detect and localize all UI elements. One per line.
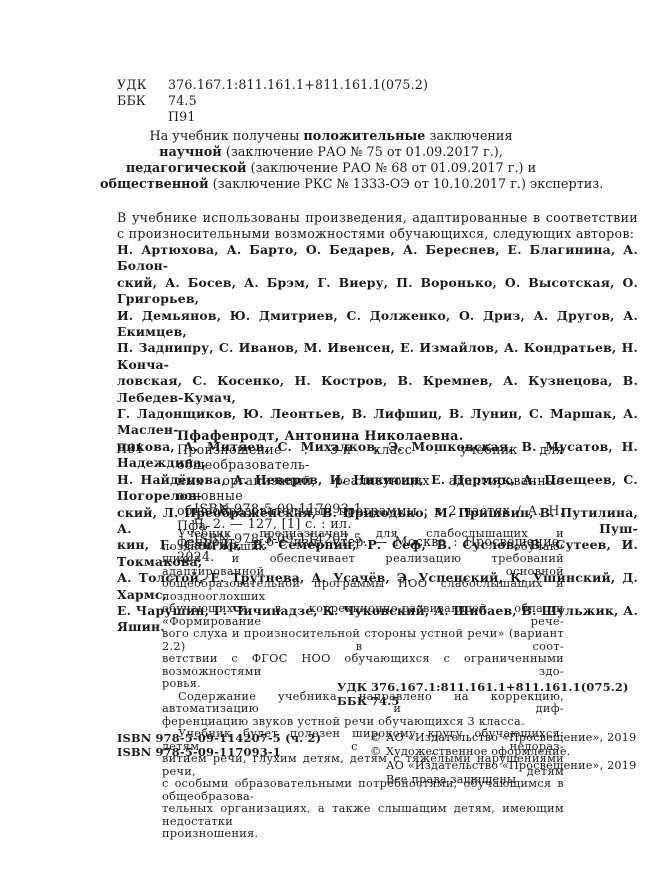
udk-value: 376.167.1:811.161.1+811.161.1(075.2): [371, 681, 629, 695]
annotation-line: произношения.: [162, 828, 564, 841]
isbn-set: ISBN 978-5-09-117093-1: [117, 745, 321, 759]
bbk-value: 74.5: [168, 93, 197, 109]
author-line: П. Заднипру, С. Иванов, М. Ивенсен, Е. И…: [117, 340, 638, 373]
author-line: ский, А. Босев, А. Брэм, Г. Виеру, П. Во…: [117, 275, 638, 308]
udk-label: УДК: [117, 77, 168, 93]
authors-intro: В учебнике использованы произведения, ад…: [117, 210, 638, 242]
author-line: И. Демьянов, Ю. Дмитриев, С. Долженко, О…: [117, 308, 638, 341]
isbn-block: ISBN 978-5-09-114207-5 (ч. 2) ISBN 978-5…: [117, 731, 321, 759]
copyright-block: ©АО «Издательство «Просвещение», 2019 ©Х…: [370, 731, 636, 787]
review-text: заключения: [425, 129, 512, 144]
author-code: П91: [168, 109, 196, 125]
bbk-value: 74.5: [371, 695, 400, 709]
review-text: (заключение РКС № 1333-ОЭ от 10.10.2017 …: [209, 177, 604, 192]
record-line: Произношение : 3-й класс : учебник для о…: [177, 442, 564, 473]
copyright-text: АО «Издательство «Просвещение», 2019: [386, 731, 636, 745]
review-type-public: общественной: [100, 177, 209, 192]
record-code: П91: [116, 442, 144, 457]
annotation-line: ветствии с ФГОС НОО обучающихся с ограни…: [162, 653, 564, 678]
copyright-icon: ©: [370, 745, 386, 759]
annotation-line: общеобразовательной программы НОО слабос…: [162, 578, 564, 603]
copyright-text: АО «Издательство «Просвещение», 2019: [386, 759, 636, 773]
bbk-label: ББК: [337, 695, 371, 709]
annotation-line: Учебник предназначен для слабослышащих и…: [162, 528, 564, 553]
review-text: (заключение РАО № 75 от 01.09.2017 г.),: [222, 145, 503, 160]
author-line: Н. Артюхова, А. Барто, О. Бедарев, А. Бе…: [117, 242, 638, 275]
annotation-paragraph: Учебник предназначен для слабослышащих и…: [162, 528, 564, 691]
annotation-line: щихся и обеспечивает реализацию требован…: [162, 553, 564, 578]
bottom-classification-index: УДК376.167.1:811.161.1+811.161.1(075.2) …: [337, 681, 629, 708]
copyright-text: Художественное оформление.: [386, 745, 570, 759]
rights-reserved: Все права защищены: [386, 773, 516, 787]
annotation-line: вого слуха и произносительной стороны ус…: [162, 628, 564, 653]
review-type-scientific: научной: [159, 145, 222, 160]
copyright-icon: ©: [370, 731, 386, 745]
annotation-line: обучающихся в коррекционно-развивающей о…: [162, 603, 564, 628]
annotation-line: тельных организациях, а также слышащим д…: [162, 803, 564, 828]
udk-value: 376.167.1:811.161.1+811.161.1(075.2): [168, 77, 428, 93]
record-isbn-set: ISBN 978-5-09-117093-1.: [194, 503, 367, 518]
bbk-label: ББК: [117, 93, 168, 109]
isbn-part: ISBN 978-5-09-114207-5 (ч. 2): [117, 731, 321, 745]
review-text: На учебник получены: [149, 129, 303, 144]
review-type-pedagogical: педагогической: [126, 161, 247, 176]
record-line: ных организаций, реализующих адаптирован…: [177, 473, 564, 504]
top-classification-index: УДК376.167.1:811.161.1+811.161.1(075.2) …: [117, 77, 428, 125]
author-line: ловская, С. Косенко, Н. Костров, В. Крем…: [117, 373, 638, 406]
expert-reviews: На учебник получены положительные заключ…: [100, 129, 562, 193]
review-emphasis: положительные: [303, 129, 425, 144]
udk-label: УДК: [337, 681, 371, 695]
review-text: (заключение РАО № 68 от 01.09.2017 г.) и: [246, 161, 536, 176]
